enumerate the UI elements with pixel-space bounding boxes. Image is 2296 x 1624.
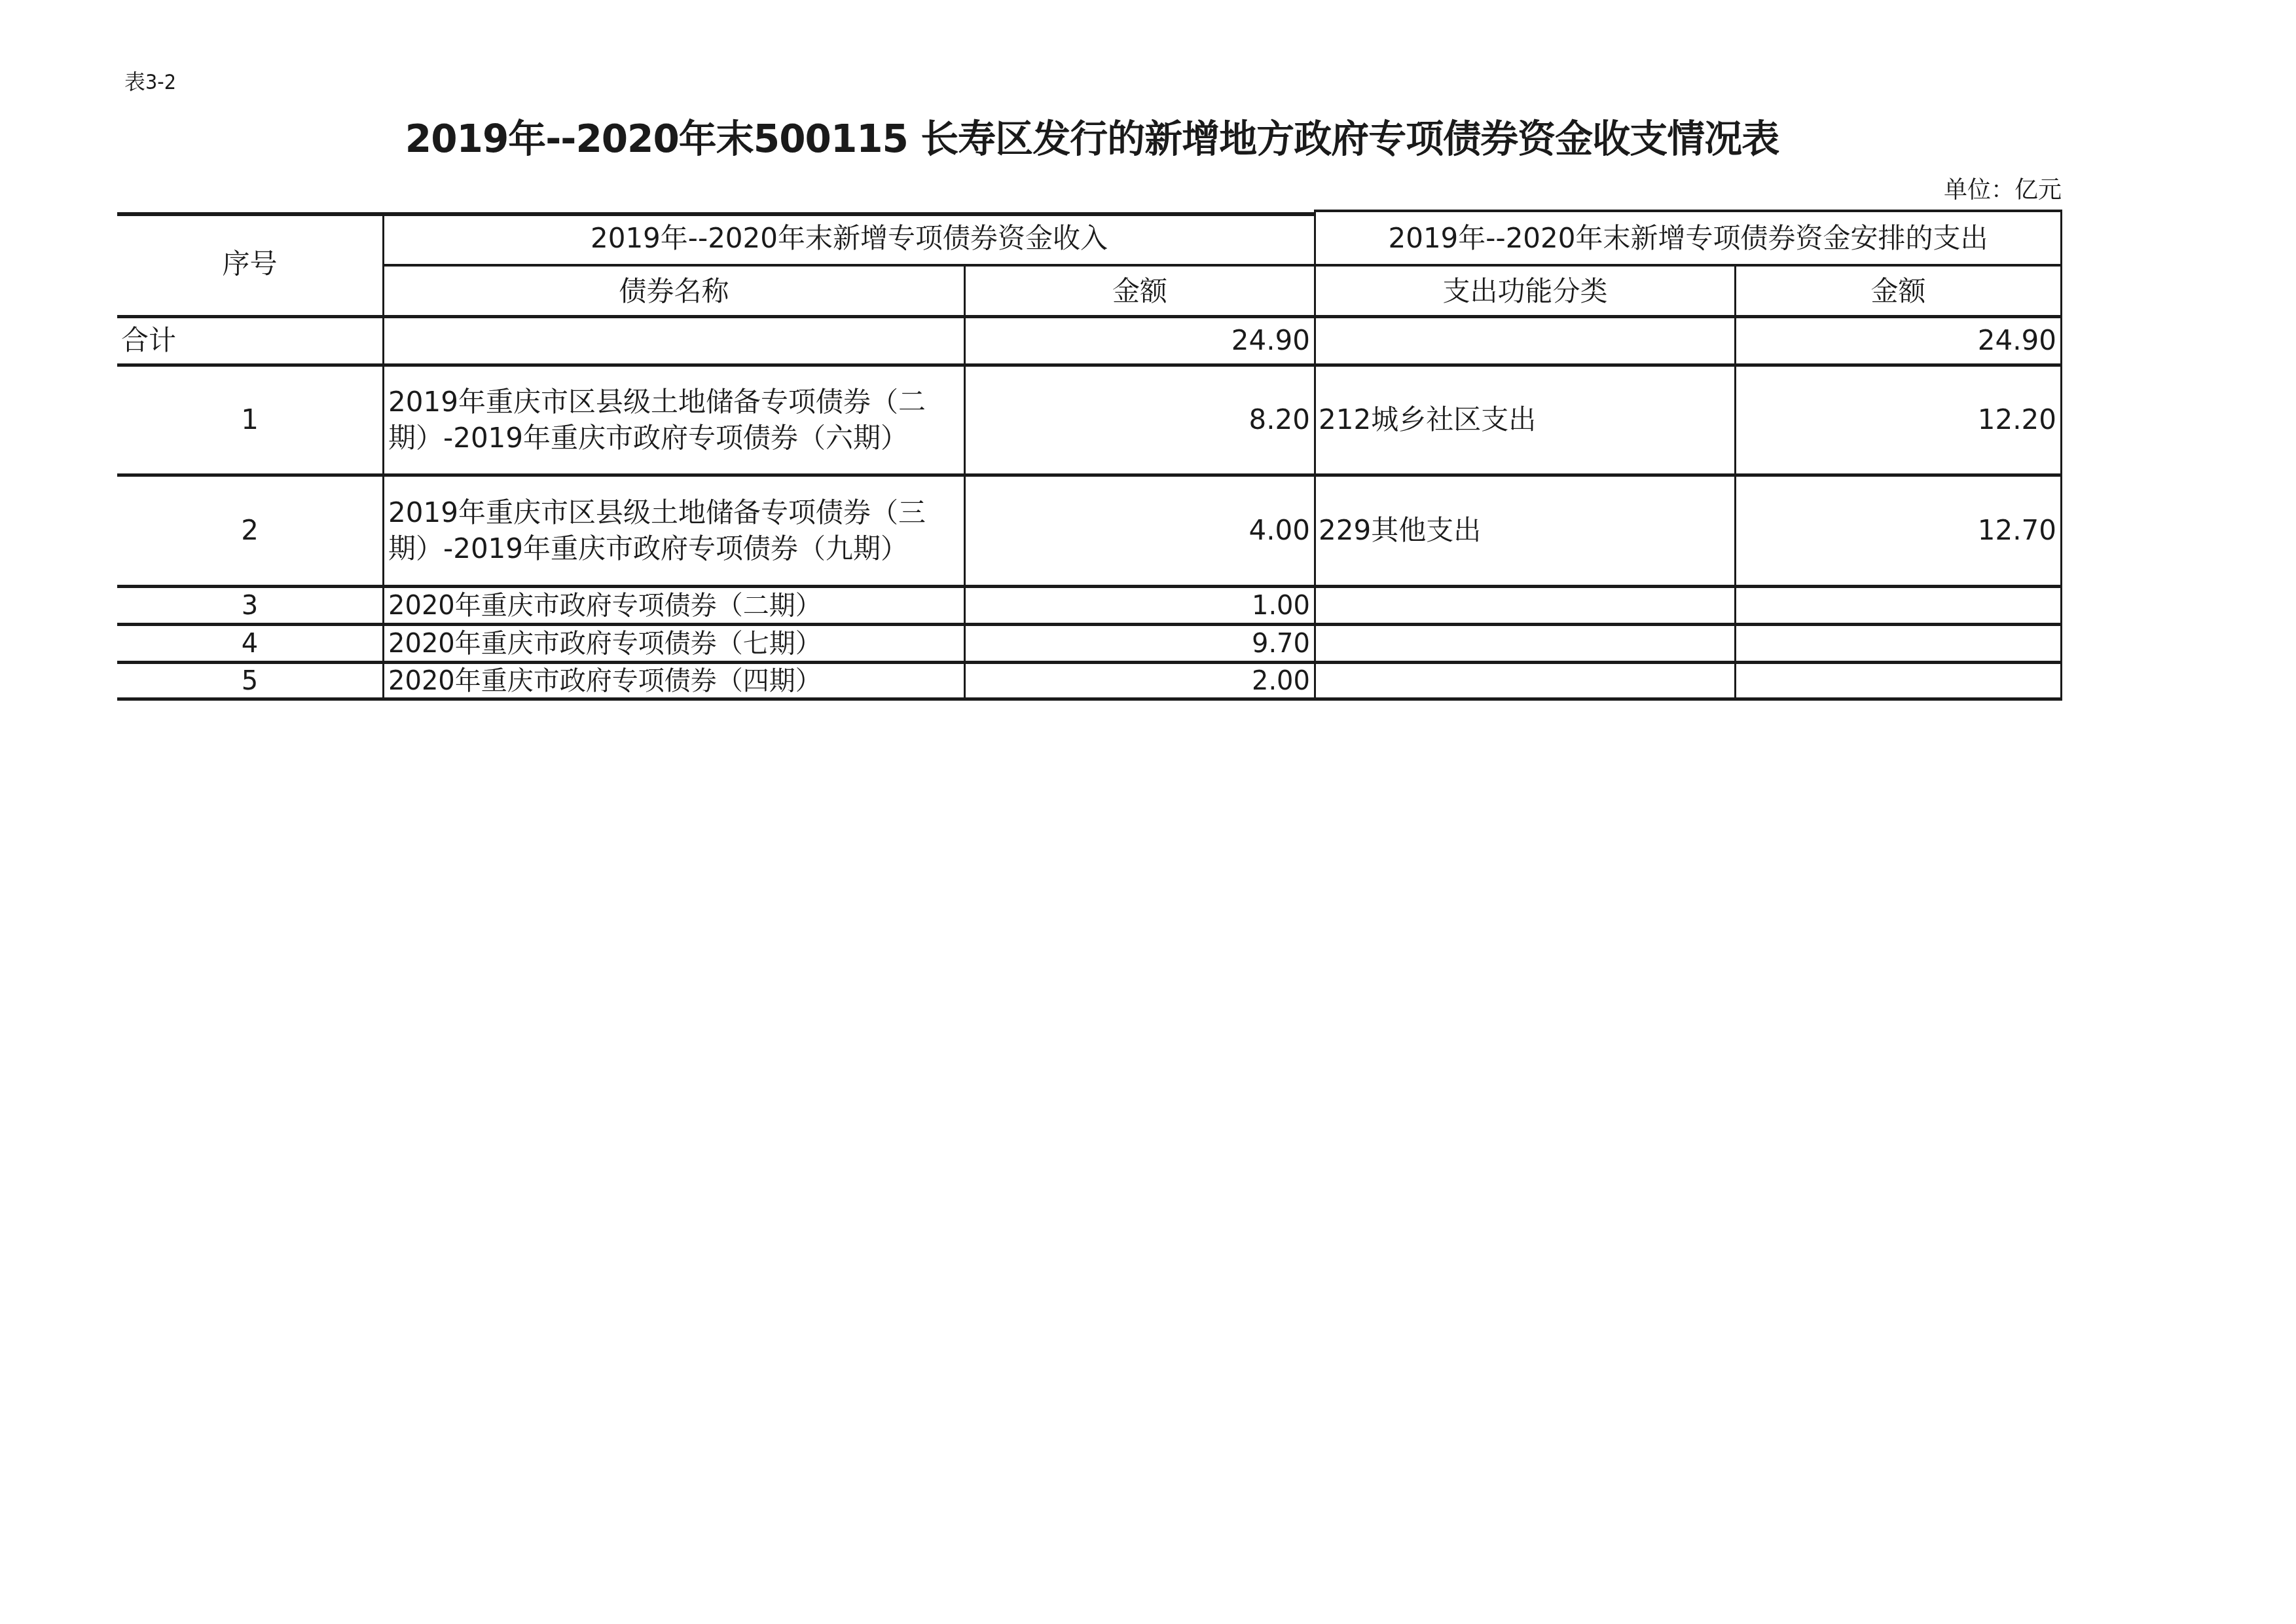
row-1-expense-category: 212城乡社区支出 [1316,367,1734,473]
header-seq: 序号 [117,212,382,316]
header-expense-group: 2019年--2020年末新增专项债券资金安排的支出 [1316,212,2060,265]
row-4-bond-name: 2020年重庆市政府专项债券（七期） [384,626,964,661]
row-1-income-amount: 8.20 [966,367,1314,473]
row-3-income-amount: 1.00 [966,588,1314,623]
row-4-income-amount: 9.70 [966,626,1314,661]
header-income-group: 2019年--2020年末新增专项债券资金收入 [384,212,1314,265]
total-expense-amount: 24.90 [1736,318,2060,363]
row-5-expense-amount [1736,664,2060,697]
row-5-income-amount: 2.00 [966,664,1314,697]
table-number: 表3-2 [124,65,176,96]
row-5-bond-name: 2020年重庆市政府专项债券（四期） [384,664,964,697]
row-1-expense-amount: 12.20 [1736,367,2060,473]
row-2-seq: 2 [117,477,382,585]
row-3-seq: 3 [117,588,382,623]
table-bottom-border [117,697,2062,701]
row-2-expense-category: 229其他支出 [1316,477,1734,585]
row-5-expense-category [1316,664,1734,697]
row-3-expense-category [1316,588,1734,623]
revenue-expenditure-table: 序号 2019年--2020年末新增专项债券资金收入 2019年--2020年末… [117,212,2062,699]
total-label: 合计 [117,318,382,363]
row-4-seq: 4 [117,626,382,661]
row-1-seq: 1 [117,367,382,473]
row-3-expense-amount [1736,588,2060,623]
row-2-income-amount: 4.00 [966,477,1314,585]
header-bond-name: 债券名称 [384,267,964,316]
row-4-expense-category [1316,626,1734,661]
row-2-expense-amount: 12.70 [1736,477,2060,585]
header-income-amount: 金额 [966,267,1314,316]
page-title: 2019年--2020年末500115 长寿区发行的新增地方政府专项债券资金收支… [359,108,1825,163]
total-income-amount: 24.90 [966,318,1314,363]
row-5-seq: 5 [117,664,382,697]
table-right-border [2060,210,2062,697]
header-expense-amount: 金额 [1736,267,2060,316]
header-expense-category: 支出功能分类 [1316,267,1734,316]
total-bond-name [384,318,964,363]
row-2-bond-name: 2019年重庆市区县级土地储备专项债券（三期）-2019年重庆市政府专项债券（九… [384,477,964,585]
row-4-expense-amount [1736,626,2060,661]
row-3-bond-name: 2020年重庆市政府专项债券（二期） [384,588,964,623]
unit-label: 单位：亿元 [1944,172,2062,205]
row-1-bond-name: 2019年重庆市区县级土地储备专项债券（二期）-2019年重庆市政府专项债券（六… [384,367,964,473]
total-expense-category [1316,318,1734,363]
